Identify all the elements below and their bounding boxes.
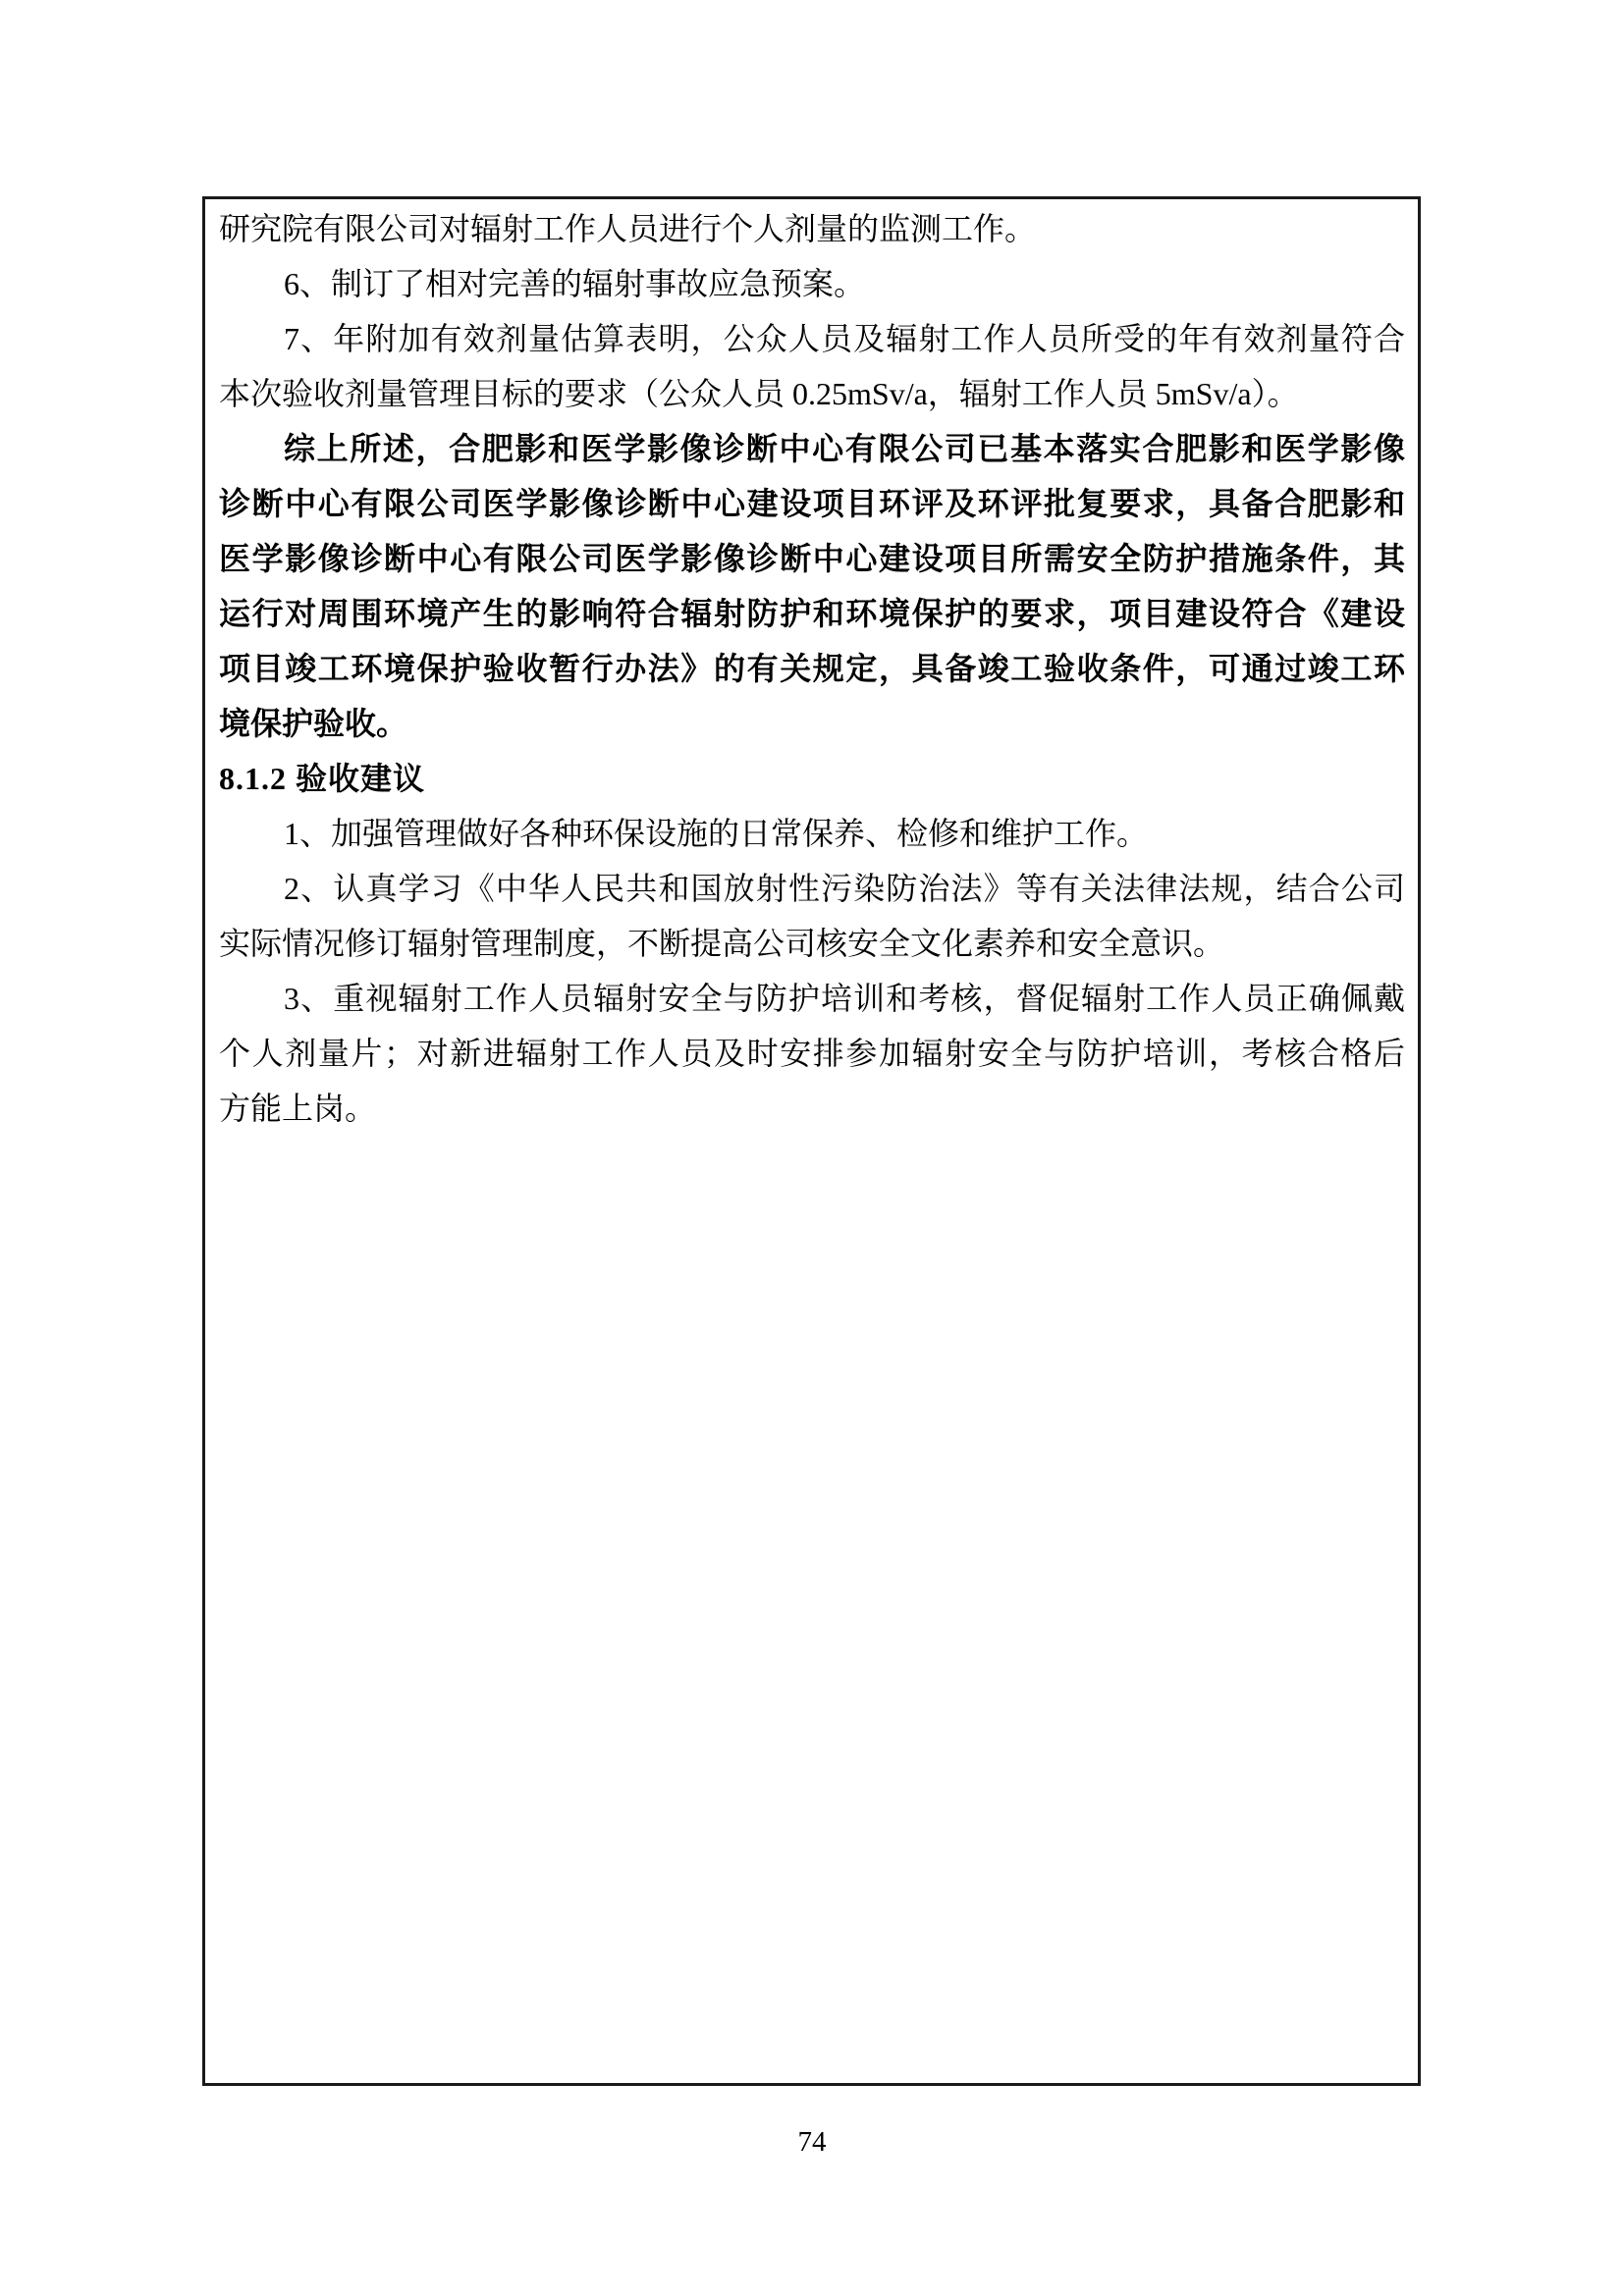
document-page: 研究院有限公司对辐射工作人员进行个人剂量的监测工作。6、制订了相对完善的辐射事故… xyxy=(0,0,1624,2296)
text-line: 医学影像诊断中心有限公司医学影像诊断中心建设项目所需安全防护措施条件，其 xyxy=(219,531,1405,586)
content-table-cell: 研究院有限公司对辐射工作人员进行个人剂量的监测工作。6、制订了相对完善的辐射事故… xyxy=(202,196,1421,2086)
text-line: 1、加强管理做好各种环保设施的日常保养、检修和维护工作。 xyxy=(219,806,1405,861)
text-line: 项目竣工环境保护验收暂行办法》的有关规定，具备竣工验收条件，可通过竣工环 xyxy=(219,641,1405,696)
text-line: 研究院有限公司对辐射工作人员进行个人剂量的监测工作。 xyxy=(219,201,1405,256)
text-line: 3、重视辐射工作人员辐射安全与防护培训和考核，督促辐射工作人员正确佩戴 xyxy=(219,971,1405,1026)
page-number: 74 xyxy=(0,2122,1624,2162)
text-line: 实际情况修订辐射管理制度，不断提高公司核安全文化素养和安全意识。 xyxy=(219,916,1405,971)
text-line: 境保护验收。 xyxy=(219,696,1405,751)
text-line: 2、认真学习《中华人民共和国放射性污染防治法》等有关法律法规，结合公司 xyxy=(219,861,1405,916)
text-line: 运行对周围环境产生的影响符合辐射防护和环境保护的要求，项目建设符合《建设 xyxy=(219,586,1405,641)
text-line: 综上所述，合肥影和医学影像诊断中心有限公司已基本落实合肥影和医学影像 xyxy=(219,421,1405,476)
text-line: 诊断中心有限公司医学影像诊断中心建设项目环评及环评批复要求，具备合肥影和 xyxy=(219,476,1405,531)
text-line: 6、制订了相对完善的辐射事故应急预案。 xyxy=(219,256,1405,311)
section-heading: 8.1.2 验收建议 xyxy=(219,751,1405,806)
document-body: 研究院有限公司对辐射工作人员进行个人剂量的监测工作。6、制订了相对完善的辐射事故… xyxy=(219,201,1405,1136)
text-line: 7、年附加有效剂量估算表明，公众人员及辐射工作人员所受的年有效剂量符合 xyxy=(219,311,1405,366)
text-line: 本次验收剂量管理目标的要求（公众人员 0.25mSv/a，辐射工作人员 5mSv… xyxy=(219,366,1405,421)
text-line: 方能上岗。 xyxy=(219,1081,1405,1136)
text-line: 个人剂量片；对新进辐射工作人员及时安排参加辐射安全与防护培训，考核合格后 xyxy=(219,1026,1405,1081)
